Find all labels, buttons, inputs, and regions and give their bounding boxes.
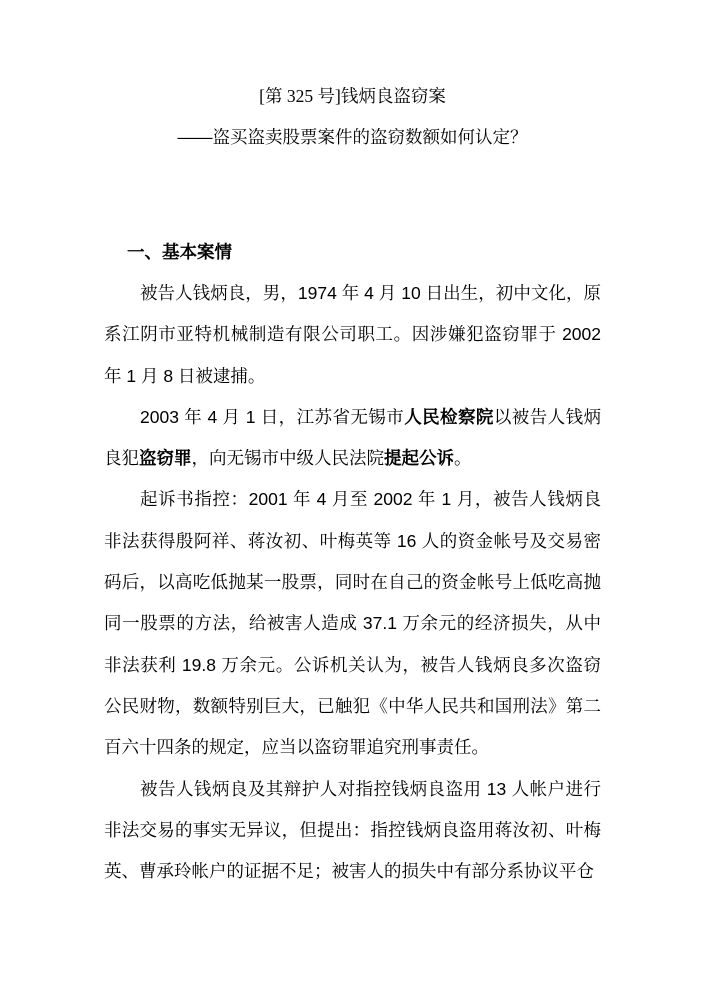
paragraph: 被告人钱炳良，男，1974 年 4 月 10 日出生，初中文化，原系江阴市亚特机… xyxy=(104,273,601,397)
document-page: [第 325 号]钱炳良盗窃案 ——盗买盗卖股票案件的盗窃数额如何认定？ 一、基… xyxy=(104,76,601,892)
paragraph: 2003 年 4 月 1 日，江苏省无锡市人民检察院以被告人钱炳良犯盗窃罪，向无… xyxy=(104,397,601,480)
paragraph: 被告人钱炳良及其辩护人对指控钱炳良盗用 13 人帐户进行非法交易的事实无异议，但… xyxy=(104,769,601,893)
bold-text-run: 提起公诉 xyxy=(384,448,454,468)
document-body: 被告人钱炳良，男，1974 年 4 月 10 日出生，初中文化，原系江阴市亚特机… xyxy=(104,273,601,892)
section-heading-basic-facts: 一、基本案情 xyxy=(104,232,601,273)
text-run: 起诉书指控：2001 年 4 月至 2002 年 1 月，被告人钱炳良非法获得殷… xyxy=(104,489,601,757)
case-title: [第 325 号]钱炳良盗窃案 xyxy=(104,76,601,117)
text-run: 2003 年 4 月 1 日，江苏省无锡市 xyxy=(140,407,404,427)
text-run: 。 xyxy=(454,448,472,468)
text-run: ，向无锡市中级人民法院 xyxy=(192,448,385,468)
bold-text-run: 人民检察院 xyxy=(404,407,494,427)
text-run: 被告人钱炳良及其辩护人对指控钱炳良盗用 13 人帐户进行非法交易的事实无异议，但… xyxy=(104,779,601,882)
bold-text-run: 盗窃罪 xyxy=(139,448,192,468)
text-run: 被告人钱炳良，男，1974 年 4 月 10 日出生，初中文化，原系江阴市亚特机… xyxy=(104,283,601,386)
paragraph: 起诉书指控：2001 年 4 月至 2002 年 1 月，被告人钱炳良非法获得殷… xyxy=(104,479,601,768)
case-subtitle: ——盗买盗卖股票案件的盗窃数额如何认定？ xyxy=(104,117,601,158)
